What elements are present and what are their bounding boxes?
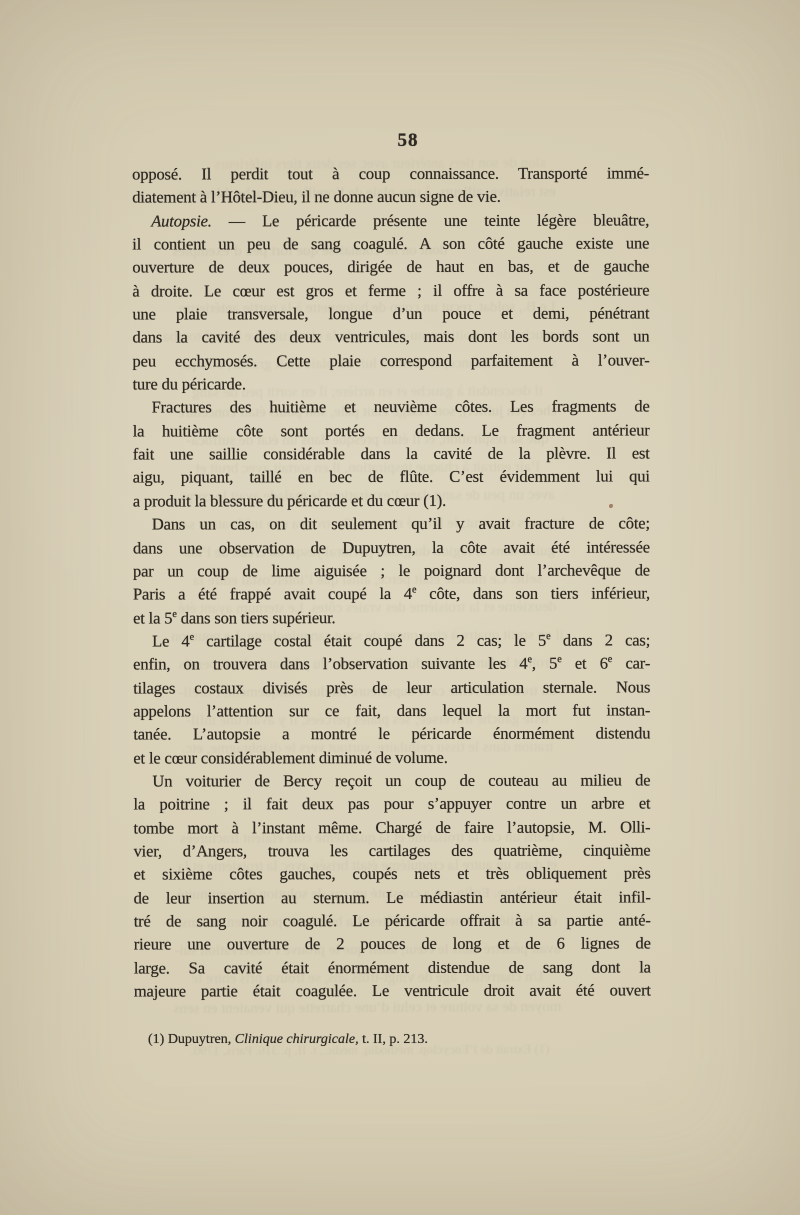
text-line: (1) Dupuytren, Clinique chirurgicale, t.… xyxy=(133,1030,650,1050)
text-line: vier, d’Angers, trouva les cartilages de… xyxy=(134,838,651,862)
text-segment: opposé. Il perdit tout à coup connaissan… xyxy=(132,163,649,183)
text-segment: et sixième côtes gauches, coupés nets et… xyxy=(134,864,651,884)
text-line: la huitième côte sont portés en dedans. … xyxy=(133,418,650,442)
text-segment: rieure une ouverture de 2 pouces de long… xyxy=(134,934,651,954)
text-line: et sixième côtes gauches, coupés nets et… xyxy=(134,862,651,886)
page-number: 58 xyxy=(0,130,800,152)
text-line: et le cœur considérablement diminué de v… xyxy=(133,745,650,769)
text-segment: Fractures des huitième et neuvième côtes… xyxy=(152,397,650,417)
text-line: dans une observation de Dupuytren, la cô… xyxy=(133,535,650,559)
text-line: dans la cavité des deux ventricules, mai… xyxy=(132,325,649,349)
text-line: appelons l’attention sur ce fait, dans l… xyxy=(133,698,650,722)
text-segment: diatement à l’Hôtel-Dieu, il ne donne au… xyxy=(132,187,501,207)
text-segment: et le cœur considérablement diminué de v… xyxy=(133,747,447,767)
scanned-book-page: sion de son tiers antérieur avec ses deu… xyxy=(0,0,800,1215)
text-segment: vier, d’Angers, trouva les cartilages de… xyxy=(134,840,651,860)
text-segment: dans son tiers supérieur. xyxy=(177,608,336,627)
text-line: par un coup de lime aiguisée ; le poigna… xyxy=(133,558,650,582)
text-line: tanée. L’autopsie a montré le péricarde … xyxy=(133,722,650,746)
text-segment: Autopsie. xyxy=(151,211,212,230)
text-segment: à droite. Le cœur est gros et ferme ; il… xyxy=(132,280,649,300)
text-segment: dans 2 cas; xyxy=(551,630,651,649)
text-line: aigu, piquant, taillé en bec de flûte. C… xyxy=(133,465,650,489)
text-line: Un voiturier de Bercy reçoit un coup de … xyxy=(133,768,650,792)
text-line: à droite. Le cœur est gros et ferme ; il… xyxy=(132,278,649,302)
text-line: rieure une ouverture de 2 pouces de long… xyxy=(134,932,651,956)
text-segment: — Le péricarde présente une teinte légèr… xyxy=(212,210,650,230)
text-segment: majeure partie était coagulée. Le ventri… xyxy=(134,980,651,1000)
text-segment: large. Sa cavité était énormément disten… xyxy=(134,957,651,977)
text-line: tré de sang noir coagulé. Le péricarde o… xyxy=(134,908,651,932)
text-segment: a produit la blessure du péricarde et du… xyxy=(133,491,446,511)
text-segment: ture du péricarde. xyxy=(133,374,246,393)
text-segment: aigu, piquant, taillé en bec de flûte. C… xyxy=(133,467,650,487)
text-segment: la poitrine ; il fait deux pas pour s’ap… xyxy=(133,794,650,814)
text-segment: côte, dans son tiers inférieur, xyxy=(416,584,650,603)
text-segment: de leur insertion au sternum. Le médiast… xyxy=(134,887,651,907)
text-line: il contient un peu de sang coagulé. A so… xyxy=(132,231,649,255)
text-line: Paris a été frappé avait coupé la 4e côt… xyxy=(133,582,650,606)
text-segment: car- xyxy=(612,654,650,673)
text-segment: peu ecchymosés. Cette plaie correspond p… xyxy=(133,350,650,370)
text-segment: il contient un peu de sang coagulé. A so… xyxy=(132,233,649,253)
text-line: fait une saillie considérable dans la ca… xyxy=(133,442,650,466)
page-body-text: opposé. Il perdit tout à coup connaissan… xyxy=(132,161,651,1002)
text-line: large. Sa cavité était énormément disten… xyxy=(134,955,651,979)
text-segment: , 5 xyxy=(532,654,557,673)
text-segment: tré de sang noir coagulé. Le péricarde o… xyxy=(134,910,651,930)
text-segment: dans la cavité des deux ventricules, mai… xyxy=(132,327,649,347)
text-segment: et la 5 xyxy=(133,608,172,627)
text-segment: par un coup de lime aiguisée ; le poigna… xyxy=(133,560,650,580)
text-line: et la 5e dans son tiers supérieur. xyxy=(133,605,650,629)
text-line: Dans un cas, on dit seulement qu’il y av… xyxy=(133,512,650,536)
text-line: majeure partie était coagulée. Le ventri… xyxy=(134,978,651,1002)
text-segment: la huitième côte sont portés en dedans. … xyxy=(133,420,650,440)
text-segment: cartilage costal était coupé dans 2 cas;… xyxy=(194,631,546,651)
text-segment: (1) Dupuytren, xyxy=(148,1032,235,1047)
text-line: tombe mort à l’instant même. Chargé de f… xyxy=(133,815,650,839)
text-segment: tilages costaux divisés près de leur art… xyxy=(133,677,650,697)
text-line: une plaie transversale, longue d’un pouc… xyxy=(132,302,649,326)
text-line: Le 4e cartilage costal était coupé dans … xyxy=(133,628,650,652)
text-segment: dans une observation de Dupuytren, la cô… xyxy=(133,537,650,557)
text-segment: Le 4 xyxy=(152,631,190,650)
text-segment: tanée. L’autopsie a montré le péricarde … xyxy=(133,724,650,744)
text-line: tilages costaux divisés près de leur art… xyxy=(133,675,650,699)
text-line: Fractures des huitième et neuvième côtes… xyxy=(133,395,650,419)
text-segment: et 6 xyxy=(562,654,608,673)
text-line: Autopsie. — Le péricarde présente une te… xyxy=(132,208,649,232)
text-line: ture du péricarde. xyxy=(133,372,650,396)
text-line: peu ecchymosés. Cette plaie correspond p… xyxy=(133,348,650,372)
text-segment: Clinique chirurgicale, xyxy=(235,1032,359,1047)
text-line: diatement à l’Hôtel-Dieu, il ne donne au… xyxy=(132,185,649,209)
text-segment: ouverture de deux pouces, dirigée de hau… xyxy=(132,257,649,277)
text-line: ouverture de deux pouces, dirigée de hau… xyxy=(132,255,649,279)
text-line: enfin, on trouvera dans l’observation su… xyxy=(133,652,650,676)
text-segment: Un voiturier de Bercy reçoit un coup de … xyxy=(152,770,650,790)
text-segment: tombe mort à l’instant même. Chargé de f… xyxy=(133,817,650,837)
text-line: opposé. Il perdit tout à coup connaissan… xyxy=(132,161,649,185)
text-line: la poitrine ; il fait deux pas pour s’ap… xyxy=(133,792,650,816)
text-segment: Dans un cas, on dit seulement qu’il y av… xyxy=(152,514,650,534)
text-segment: appelons l’attention sur ce fait, dans l… xyxy=(133,700,650,720)
text-segment: enfin, on trouvera dans l’observation su… xyxy=(133,654,527,674)
text-segment: fait une saillie considérable dans la ca… xyxy=(133,444,650,464)
text-line: de leur insertion au sternum. Le médiast… xyxy=(134,885,651,909)
text-segment: une plaie transversale, longue d’un pouc… xyxy=(132,304,649,324)
text-segment: Paris a été frappé avait coupé la 4 xyxy=(133,584,412,604)
text-segment: t. II, p. 213. xyxy=(359,1032,428,1047)
footnote: (1) Dupuytren, Clinique chirurgicale, t.… xyxy=(133,1030,650,1050)
text-line: a produit la blessure du péricarde et du… xyxy=(133,488,650,512)
